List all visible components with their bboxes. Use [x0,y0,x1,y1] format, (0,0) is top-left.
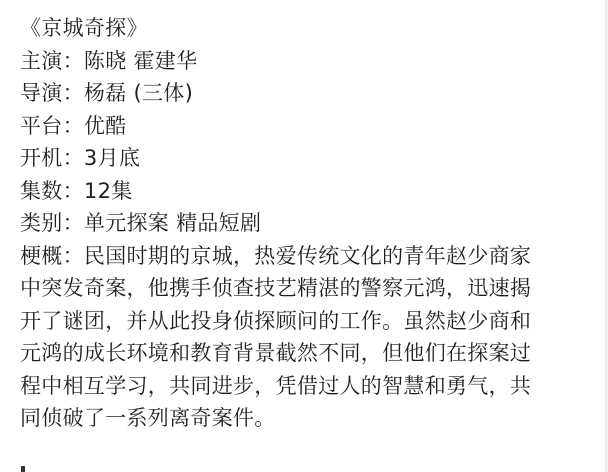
synopsis-line-1: 梗概：民国时期的京城，热爱传统文化的青年赵少商家 [20,240,600,273]
field-value: 3月底 [84,146,140,170]
field-value: 单元探案 精品短剧 [84,211,261,235]
field-value: 优酷 [84,114,127,138]
synopsis-text: 民国时期的京城，热爱传统文化的青年赵少商家 [84,244,531,268]
field-platform: 平台：优酷 [20,110,600,143]
synopsis-line-6: 同侦破了一系列离奇案件。 [20,402,600,435]
synopsis-label: 梗概： [20,244,84,268]
synopsis-line-5: 程中相互学习，共同进步，凭借过人的智慧和勇气，共 [20,370,600,403]
field-label: 集数： [20,179,84,203]
field-genre: 类别：单元探案 精品短剧 [20,207,600,240]
field-label: 平台： [20,114,84,138]
document-body: 《京城奇探》 主演：陈晓 霍建华 导演：杨磊 (三体) 平台：优酷 开机：3月底… [20,12,600,435]
document-title: 《京城奇探》 [20,12,600,45]
field-label: 导演： [20,81,84,105]
field-episodes: 集数：12集 [20,175,600,208]
field-label: 类别： [20,211,84,235]
field-start-date: 开机：3月底 [20,142,600,175]
field-value: 杨磊 (三体) [84,81,193,105]
synopsis-line-2: 中突发奇案，他携手侦查技艺精湛的警察元鸿，迅速揭 [20,272,600,305]
field-label: 开机： [20,146,84,170]
field-label: 主演： [20,49,84,73]
field-value: 12集 [84,179,133,203]
field-cast: 主演：陈晓 霍建华 [20,45,600,78]
synopsis-line-3: 开了谜团，并从此投身侦探顾问的工作。虽然赵少商和 [20,305,600,338]
field-director: 导演：杨磊 (三体) [20,77,600,110]
field-value: 陈晓 霍建华 [84,49,197,73]
next-line-fragment [21,466,25,472]
synopsis-line-4: 元鸿的成长环境和教育背景截然不同，但他们在探案过 [20,337,600,370]
